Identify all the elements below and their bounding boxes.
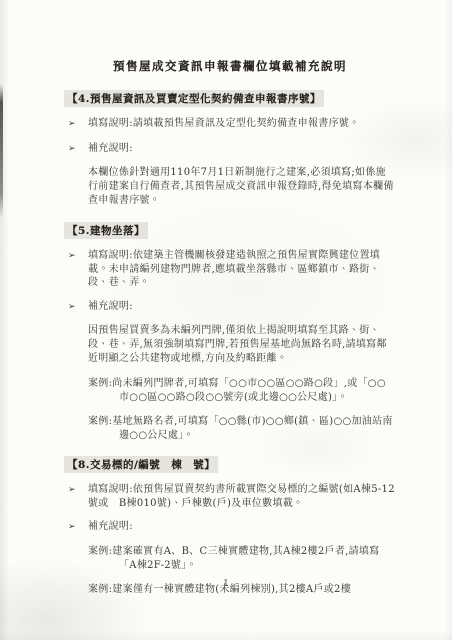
- bullet-item: ➢ 補充說明:: [68, 520, 396, 535]
- bullet-item: ➢ 補充說明:: [68, 300, 396, 315]
- arrow-bullet-icon: ➢: [68, 483, 88, 510]
- bullet-item: ➢ 填寫說明:請填載預售屋資訊及定型化契約備查申報書序號。: [68, 117, 396, 132]
- case-example: 案例:建案確實有A、B、C三棟實體建物,其A棟2樓2戶者,請填寫「A棟2F-2號…: [88, 545, 396, 573]
- bullet-text: 補充說明:: [88, 142, 396, 157]
- document-section: 【4.預售屋資訊及買賣定型化契約備查申報書序號】 ➢ 填寫說明:請填載預售屋資訊…: [64, 87, 396, 208]
- bullet-text: 填寫說明:請填載預售屋資訊及定型化契約備查申報書序號。: [88, 117, 396, 132]
- document-title: 預售屋成交資訊申報書欄位填載補充說明: [64, 58, 396, 74]
- section-heading: 【8.交易標的/編號 棟 號】: [64, 456, 218, 473]
- arrow-bullet-icon: ➢: [68, 117, 88, 132]
- paragraph: 因預售屋買賣多為未編列門牌,僅須依上揭說明填寫至其路、街、段、巷、弄,無須強制填…: [88, 324, 396, 366]
- arrow-bullet-icon: ➢: [68, 300, 88, 315]
- document-page: 預售屋成交資訊申報書欄位填載補充說明 【4.預售屋資訊及買賣定型化契約備查申報書…: [0, 0, 452, 640]
- section-heading: 【4.預售屋資訊及買賣定型化契約備查申報書序號】: [64, 90, 324, 107]
- page-number: 1: [0, 579, 452, 589]
- arrow-bullet-icon: ➢: [68, 142, 88, 157]
- section-items: ➢ 填寫說明:依建築主管機關核發建造執照之預售屋實際興建位置填載。未申請編列建物…: [64, 249, 396, 443]
- section-items: ➢ 填寫說明:請填載預售屋資訊及定型化契約備查申報書序號。 ➢ 補充說明: 本欄…: [64, 117, 396, 208]
- paragraph: 本欄位係針對適用110年7月1日新制施行之建案,必須填寫;如係施行前建案自行備查…: [88, 166, 396, 208]
- arrow-bullet-icon: ➢: [68, 249, 88, 290]
- bullet-item: ➢ 補充說明:: [68, 142, 396, 157]
- bullet-text: 填寫說明:依建築主管機關核發建造執照之預售屋實際興建位置填載。未申請編列建物門牌…: [88, 249, 396, 290]
- sections-container: 【4.預售屋資訊及買賣定型化契約備查申報書序號】 ➢ 填寫說明:請填載預售屋資訊…: [64, 87, 396, 597]
- bullet-text: 補充說明:: [88, 300, 396, 315]
- case-example: 案例:尚未編列門牌者,可填寫「○○市○○區○○路○段」,或「○○市○○區○○路○…: [88, 377, 396, 405]
- bullet-text: 填寫說明:依預售屋買賣契約書所載實際交易標的之編號(如A棟5-12號或 B棟01…: [88, 483, 396, 510]
- bullet-item: ➢ 填寫說明:依預售屋買賣契約書所載實際交易標的之編號(如A棟5-12號或 B棟…: [68, 483, 396, 510]
- section-heading: 【5.建物坐落】: [64, 222, 148, 239]
- document-section: 【5.建物坐落】 ➢ 填寫說明:依建築主管機關核發建造執照之預售屋實際興建位置填…: [64, 219, 396, 443]
- arrow-bullet-icon: ➢: [68, 520, 88, 535]
- case-example: 案例:基地無路名者,可填寫「○○縣(市)○○鄉(鎮、區)○○加油站南邊○○公尺處…: [88, 415, 396, 443]
- document-section: 【8.交易標的/編號 棟 號】 ➢ 填寫說明:依預售屋買賣契約書所載實際交易標的…: [64, 453, 396, 597]
- bullet-item: ➢ 填寫說明:依建築主管機關核發建造執照之預售屋實際興建位置填載。未申請編列建物…: [68, 249, 396, 290]
- bullet-text: 補充說明:: [88, 520, 396, 535]
